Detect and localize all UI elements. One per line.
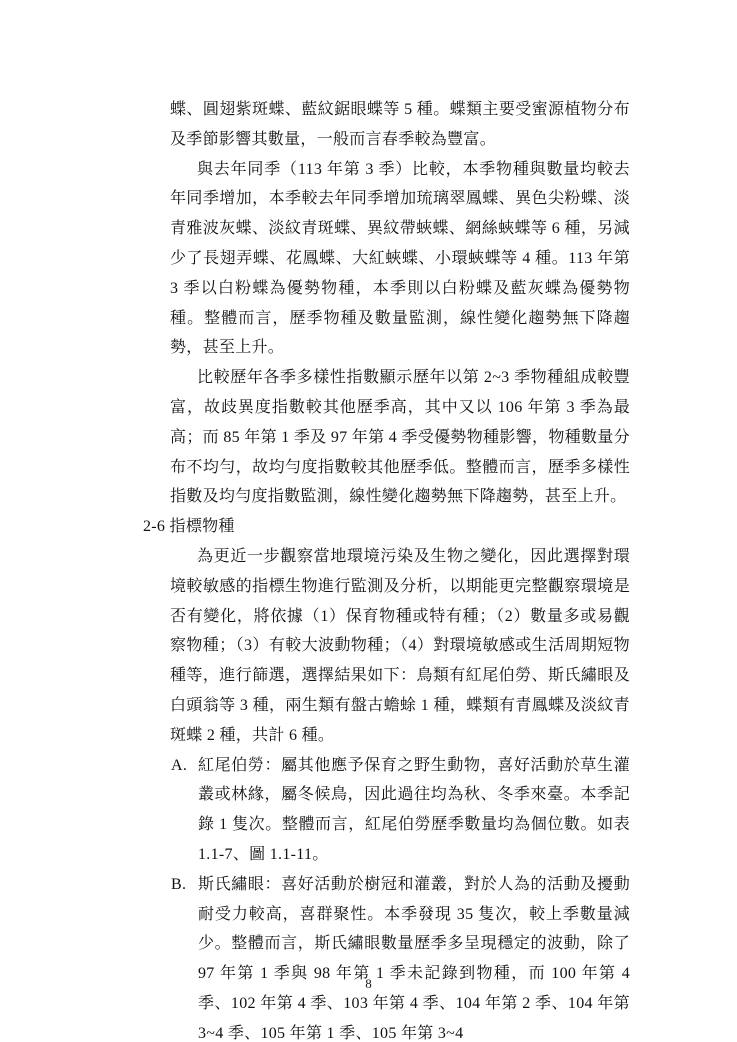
- list-text-b-swinhoes-white-eye: 斯氏繡眼：喜好活動於樹冠和灌叢，對於人為的活動及擾動耐受力較高，喜群聚性。本季發…: [198, 876, 630, 1042]
- section-heading-2-6-indicator-species: 2-6 指標物種: [143, 512, 630, 542]
- list-label-a: A.: [171, 751, 187, 781]
- page-body: 蝶、圓翅紫斑蝶、藍紋鋸眼蝶等 5 種。蝶類主要受蜜源植物分布及季節影響其數量，一…: [170, 95, 630, 1042]
- paragraph-year-over-year-comparison: 與去年同季（113 年第 3 季）比較，本季物種與數量均較去年同季增加，本季較去…: [170, 155, 630, 364]
- page-number: 8: [0, 976, 737, 992]
- document-page: 蝶、圓翅紫斑蝶、藍紋鋸眼蝶等 5 種。蝶類主要受蜜源植物分布及季節影響其數量，一…: [0, 0, 737, 1042]
- list-item-a-brown-shrike: A. 紅尾伯勞：屬其他應予保育之野生動物，喜好活動於草生灌叢或林緣，屬冬候鳥，因…: [170, 751, 630, 870]
- paragraph-butterfly-species-continuation: 蝶、圓翅紫斑蝶、藍紋鋸眼蝶等 5 種。蝶類主要受蜜源植物分布及季節影響其數量，一…: [170, 95, 630, 155]
- list-text-a-brown-shrike: 紅尾伯勞：屬其他應予保育之野生動物，喜好活動於草生灌叢或林緣，屬冬候鳥，因此過往…: [198, 757, 630, 863]
- list-item-b-swinhoes-white-eye: B. 斯氏繡眼：喜好活動於樹冠和灌叢，對於人為的活動及擾動耐受力較高，喜群聚性。…: [170, 870, 630, 1042]
- paragraph-indicator-species-intro: 為更近一步觀察當地環境污染及生物之變化，因此選擇對環境較敏感的指標生物進行監測及…: [170, 542, 630, 751]
- list-label-b: B.: [171, 870, 186, 900]
- paragraph-diversity-index-comparison: 比較歷年各季多樣性指數顯示歷年以第 2~3 季物種組成較豐富，故歧異度指數較其他…: [170, 363, 630, 512]
